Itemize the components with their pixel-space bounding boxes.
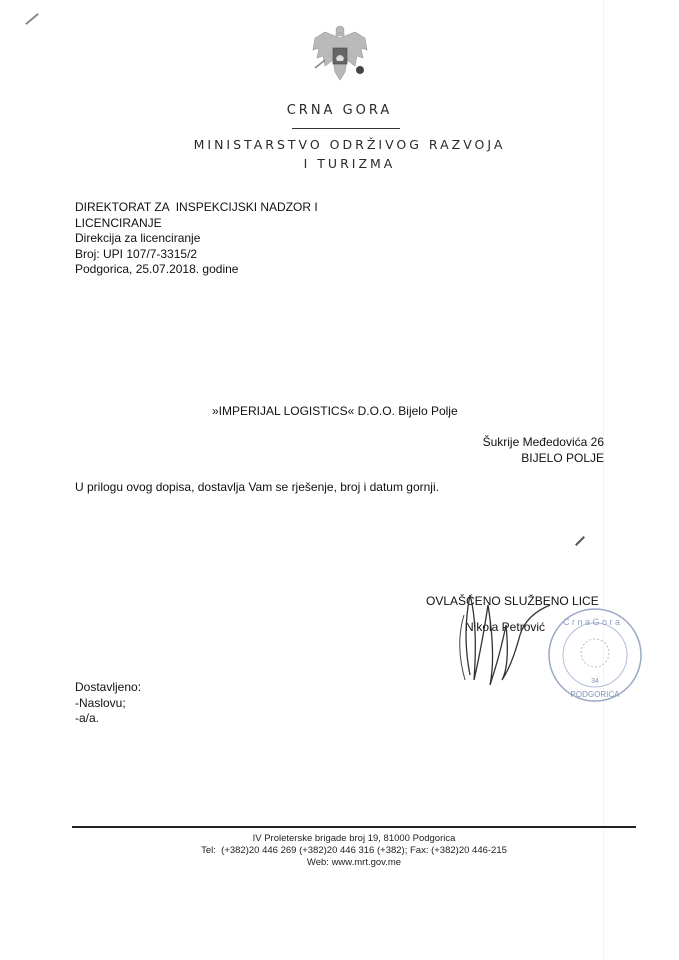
- stamp-city: PODGORICA: [571, 690, 621, 699]
- montenegro-coat-of-arms-icon: [305, 20, 375, 90]
- header-divider: [292, 128, 400, 129]
- distribution-label: Dostavljeno:: [75, 680, 141, 696]
- sender-block: DIREKTORAT ZA INSPEKCIJSKI NADZOR I LICE…: [75, 200, 318, 278]
- footer-web: Web: www.mrt.gov.me: [72, 857, 636, 869]
- stamp-number: 34: [591, 678, 599, 685]
- ministry-name-line1: MINISTARSTVO ODRŽIVOG RAZVOJA: [0, 137, 679, 152]
- directorate-line2: LICENCIRANJE: [75, 216, 318, 232]
- place-date: Podgorica, 25.07.2018. godine: [75, 262, 318, 278]
- department: Direkcija za licenciranje: [75, 231, 318, 247]
- recipient-name: »IMPERIJAL LOGISTICS« D.O.O. Bijelo Polj…: [212, 404, 458, 420]
- footer-contacts: Tel: (+382)20 446 269 (+382)20 446 316 (…: [72, 845, 636, 857]
- svg-text:C r n a G o r a: C r n a G o r a: [563, 617, 620, 627]
- handwritten-signature-icon: [440, 585, 560, 695]
- footer: IV Proleterske brigade broj 19, 81000 Po…: [72, 833, 636, 869]
- distribution-item: -Naslovu;: [75, 696, 141, 712]
- distribution-list: Dostavljeno: -Naslovu; -a/a.: [75, 680, 141, 727]
- official-stamp-icon: 34 PODGORICA C r n a G o r a: [545, 605, 645, 705]
- reference-number: Broj: UPI 107/7-3315/2: [75, 247, 318, 263]
- distribution-item: -a/a.: [75, 711, 141, 727]
- pen-mark: [575, 536, 585, 546]
- footer-address: IV Proleterske brigade broj 19, 81000 Po…: [72, 833, 636, 845]
- footer-divider: [72, 826, 636, 828]
- recipient-city: BIJELO POLJE: [460, 451, 604, 467]
- country-name: CRNA GORA: [0, 103, 679, 118]
- ministry-name-line2: I TURIZMA: [0, 156, 679, 171]
- pen-mark: [25, 13, 39, 25]
- notice-text: U prilogu ovog dopisa, dostavlja Vam se …: [75, 480, 439, 496]
- directorate-line1: DIREKTORAT ZA INSPEKCIJSKI NADZOR I: [75, 200, 318, 216]
- recipient-address: Šukrije Međedovića 26 BIJELO POLJE: [460, 435, 604, 466]
- recipient-street: Šukrije Međedovića 26: [460, 435, 604, 451]
